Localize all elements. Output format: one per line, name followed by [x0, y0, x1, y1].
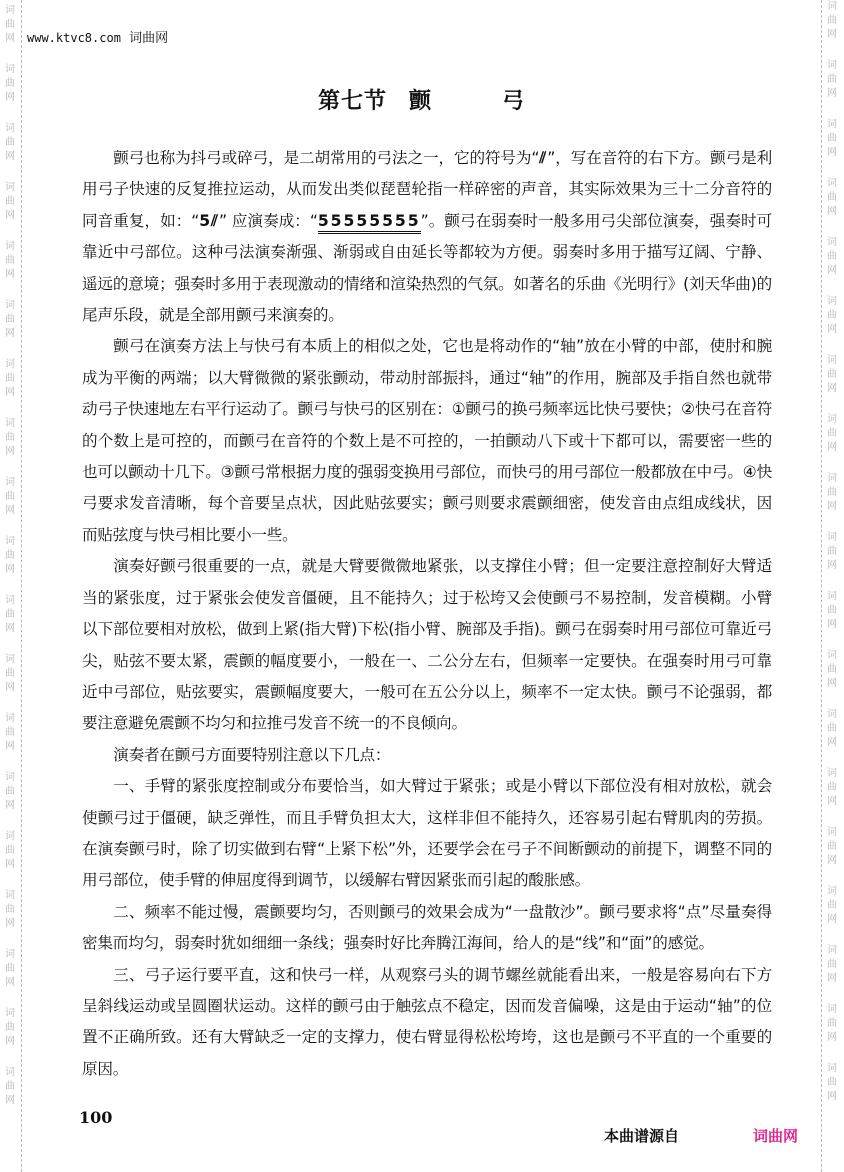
watermark-char: 词: [5, 653, 15, 667]
watermark-char: 网: [5, 327, 15, 341]
section-number: 第七节: [318, 89, 387, 114]
watermark-group: 词曲网: [5, 712, 15, 754]
watermark-char: 网: [827, 264, 837, 278]
page-number: 100: [79, 1108, 112, 1127]
site-header: www.ktvc8.com 词曲网: [27, 27, 168, 46]
watermark-char: 网: [5, 799, 15, 813]
watermark-char: 词: [827, 295, 837, 309]
watermark-char: 曲: [5, 372, 15, 386]
watermark-group: 词曲网: [5, 830, 15, 872]
watermark-char: 网: [827, 441, 837, 455]
watermark-char: 网: [827, 323, 837, 337]
watermark-group: 词曲网: [5, 63, 15, 105]
watermark-char: 曲: [5, 313, 15, 327]
watermark-char: 曲: [827, 191, 837, 205]
watermark-char: 网: [5, 563, 15, 577]
watermark-group: 词曲网: [827, 295, 837, 337]
watermark-char: 网: [5, 858, 15, 872]
source-label: 本曲谱源自: [604, 1125, 679, 1146]
watermark-char: 曲: [827, 14, 837, 28]
watermark-char: 网: [5, 740, 15, 754]
watermark-char: 网: [5, 445, 15, 459]
watermark-char: 网: [827, 854, 837, 868]
text-run: 颤弓也称为抖弓或碎弓，是二胡常用的弓法之一，它的符号为“: [113, 149, 539, 167]
watermark-char: 曲: [5, 962, 15, 976]
watermark-char: 网: [5, 32, 15, 46]
paragraph-intro: 颤弓也称为抖弓或碎弓，是二胡常用的弓法之一，它的符号为“⫽”，写在音符的右下方。…: [82, 143, 772, 331]
watermark-char: 曲: [5, 136, 15, 150]
watermark-char: 词: [827, 236, 837, 250]
note-example: 5⫽: [199, 212, 219, 230]
watermark-char: 词: [827, 649, 837, 663]
paragraph-technique: 颤弓在演奏方法上与快弓有本质上的相似之处，它也是将动作的“轴”放在小臂的中部，使…: [82, 331, 772, 551]
watermark-char: 词: [5, 240, 15, 254]
watermark-char: 曲: [827, 250, 837, 264]
watermark-char: 网: [827, 913, 837, 927]
watermark-char: 曲: [5, 431, 15, 445]
watermark-char: 词: [827, 413, 837, 427]
watermark-char: 网: [827, 146, 837, 160]
watermark-char: 词: [5, 1066, 15, 1080]
watermark-char: 词: [5, 63, 15, 77]
watermark-char: 曲: [827, 132, 837, 146]
watermark-char: 词: [827, 826, 837, 840]
watermark-char: 曲: [827, 899, 837, 913]
watermark-group: 词曲网: [827, 944, 837, 986]
page-title: 第七节颤弓: [318, 84, 525, 115]
watermark-group: 词曲网: [827, 59, 837, 101]
watermark-char: 曲: [5, 608, 15, 622]
watermark-char: 网: [827, 28, 837, 42]
watermark-char: 网: [5, 209, 15, 223]
watermark-char: 词: [827, 0, 837, 14]
watermark-char: 网: [827, 87, 837, 101]
watermark-char: 曲: [5, 667, 15, 681]
watermark-char: 网: [5, 1094, 15, 1108]
watermark-char: 词: [5, 181, 15, 195]
watermark-char: 网: [827, 1031, 837, 1045]
watermark-char: 词: [5, 594, 15, 608]
watermark-char: 曲: [827, 958, 837, 972]
watermark-char: 词: [5, 122, 15, 136]
watermark-group: 词曲网: [5, 1066, 15, 1108]
watermark-char: 网: [827, 205, 837, 219]
watermark-char: 词: [5, 948, 15, 962]
watermark-char: 网: [827, 500, 837, 514]
watermark-group: 词曲网: [5, 181, 15, 223]
watermark-group: 词曲网: [5, 417, 15, 459]
watermark-group: 词曲网: [827, 118, 837, 160]
watermark-char: 词: [827, 767, 837, 781]
watermark-char: 曲: [5, 254, 15, 268]
watermark-char: 曲: [827, 781, 837, 795]
title-word-1: 颤: [409, 89, 432, 114]
watermark-group: 词曲网: [827, 236, 837, 278]
watermark-char: 曲: [5, 77, 15, 91]
site-name: 词曲网: [129, 31, 168, 46]
watermark-group: 词曲网: [5, 240, 15, 282]
paragraph-key-point: 演奏好颤弓很重要的一点，就是大臂要微微地紧张，以支撑住小臂；但一定要注意控制好大…: [82, 551, 772, 739]
watermark-char: 词: [5, 889, 15, 903]
watermark-group: 词曲网: [5, 299, 15, 341]
watermark-group: 词曲网: [827, 885, 837, 927]
watermark-char: 网: [827, 972, 837, 986]
watermark-char: 词: [5, 1007, 15, 1021]
watermark-char: 网: [827, 736, 837, 750]
watermark-char: 曲: [827, 604, 837, 618]
watermark-strip-left: 词曲网词曲网词曲网词曲网词曲网词曲网词曲网词曲网词曲网词曲网词曲网词曲网词曲网词…: [0, 0, 20, 1172]
watermark-char: 网: [5, 91, 15, 105]
watermark-strip-right: 词曲网词曲网词曲网词曲网词曲网词曲网词曲网词曲网词曲网词曲网词曲网词曲网词曲网词…: [822, 0, 842, 1172]
watermark-char: 网: [5, 268, 15, 282]
watermark-char: 词: [827, 177, 837, 191]
watermark-char: 曲: [5, 1021, 15, 1035]
watermark-group: 词曲网: [5, 653, 15, 695]
watermark-group: 词曲网: [5, 358, 15, 400]
watermark-char: 网: [5, 681, 15, 695]
watermark-char: 网: [827, 559, 837, 573]
watermark-group: 词曲网: [827, 413, 837, 455]
watermark-char: 曲: [5, 903, 15, 917]
watermark-group: 词曲网: [827, 649, 837, 691]
watermark-char: 词: [827, 59, 837, 73]
watermark-group: 词曲网: [5, 535, 15, 577]
dashed-divider-right: [821, 0, 822, 1172]
watermark-char: 网: [5, 976, 15, 990]
watermark-group: 词曲网: [827, 354, 837, 396]
site-url[interactable]: www.ktvc8.com: [27, 31, 121, 45]
watermark-char: 词: [5, 712, 15, 726]
watermark-char: 曲: [827, 1076, 837, 1090]
watermark-char: 词: [5, 417, 15, 431]
watermark-char: 词: [827, 590, 837, 604]
watermark-char: 曲: [827, 545, 837, 559]
watermark-char: 网: [827, 382, 837, 396]
watermark-char: 曲: [5, 726, 15, 740]
watermark-group: 词曲网: [5, 476, 15, 518]
watermark-char: 曲: [5, 195, 15, 209]
watermark-char: 曲: [827, 1017, 837, 1031]
watermark-char: 词: [827, 531, 837, 545]
watermark-char: 曲: [5, 844, 15, 858]
watermark-group: 词曲网: [827, 472, 837, 514]
watermark-group: 词曲网: [5, 889, 15, 931]
watermark-char: 曲: [827, 73, 837, 87]
watermark-char: 词: [5, 535, 15, 549]
watermark-char: 网: [5, 504, 15, 518]
watermark-char: 网: [5, 917, 15, 931]
dashed-divider-left: [21, 0, 22, 1172]
watermark-char: 曲: [827, 840, 837, 854]
watermark-char: 词: [5, 299, 15, 313]
watermark-group: 词曲网: [827, 531, 837, 573]
watermark-char: 词: [827, 118, 837, 132]
title-word-2: 弓: [502, 89, 525, 114]
watermark-char: 曲: [5, 785, 15, 799]
watermark-char: 网: [827, 795, 837, 809]
watermark-char: 词: [5, 830, 15, 844]
watermark-char: 曲: [827, 663, 837, 677]
paragraph-notes-heading: 演奏者在颤弓方面要特别注意以下几点：: [82, 740, 772, 771]
watermark-char: 词: [5, 358, 15, 372]
watermark-char: 词: [5, 771, 15, 785]
watermark-char: 网: [827, 618, 837, 632]
watermark-char: 曲: [827, 368, 837, 382]
watermark-char: 词: [827, 1003, 837, 1017]
watermark-char: 曲: [827, 309, 837, 323]
note-run-32nd: 55555555: [318, 212, 421, 234]
watermark-char: 网: [5, 1035, 15, 1049]
watermark-char: 网: [5, 386, 15, 400]
watermark-char: 网: [5, 622, 15, 636]
text-run: ” 应演奏成：“: [219, 212, 318, 230]
watermark-char: 曲: [5, 1080, 15, 1094]
watermark-char: 词: [827, 354, 837, 368]
watermark-char: 曲: [5, 18, 15, 32]
watermark-char: 词: [5, 476, 15, 490]
paragraph-point-1: 一、手臂的紧张度控制或分布要恰当，如大臂过于紧张；或是小臂以下部位没有相对放松，…: [82, 771, 772, 897]
watermark-group: 词曲网: [5, 771, 15, 813]
watermark-char: 曲: [5, 490, 15, 504]
watermark-char: 词: [827, 472, 837, 486]
watermark-group: 词曲网: [5, 122, 15, 164]
watermark-group: 词曲网: [827, 1062, 837, 1104]
paragraph-point-3: 三、弓子运行要平直，这和快弓一样，从观察弓头的调节螺丝就能看出来，一般是容易向右…: [82, 960, 772, 1086]
watermark-char: 词: [5, 4, 15, 18]
watermark-group: 词曲网: [827, 767, 837, 809]
watermark-char: 曲: [5, 549, 15, 563]
watermark-char: 词: [827, 1062, 837, 1076]
paragraph-point-2: 二、频率不能过慢，震颤要均匀，否则颤弓的效果会成为“一盘散沙”。颤弓要求将“点”…: [82, 897, 772, 960]
watermark-char: 网: [5, 150, 15, 164]
watermark-char: 曲: [827, 427, 837, 441]
watermark-group: 词曲网: [827, 826, 837, 868]
watermark-group: 词曲网: [827, 0, 837, 42]
source-brand-link[interactable]: 词曲网: [753, 1125, 798, 1146]
watermark-group: 词曲网: [827, 590, 837, 632]
watermark-char: 词: [827, 708, 837, 722]
watermark-group: 词曲网: [827, 708, 837, 750]
watermark-group: 词曲网: [827, 177, 837, 219]
watermark-group: 词曲网: [5, 4, 15, 46]
watermark-char: 曲: [827, 722, 837, 736]
article-body: 颤弓也称为抖弓或碎弓，是二胡常用的弓法之一，它的符号为“⫽”，写在音符的右下方。…: [82, 143, 772, 1085]
watermark-group: 词曲网: [5, 594, 15, 636]
watermark-char: 词: [827, 885, 837, 899]
watermark-char: 网: [827, 1090, 837, 1104]
watermark-group: 词曲网: [5, 948, 15, 990]
watermark-group: 词曲网: [5, 1007, 15, 1049]
watermark-char: 词: [827, 944, 837, 958]
watermark-char: 曲: [827, 486, 837, 500]
watermark-char: 网: [827, 677, 837, 691]
watermark-group: 词曲网: [827, 1003, 837, 1045]
